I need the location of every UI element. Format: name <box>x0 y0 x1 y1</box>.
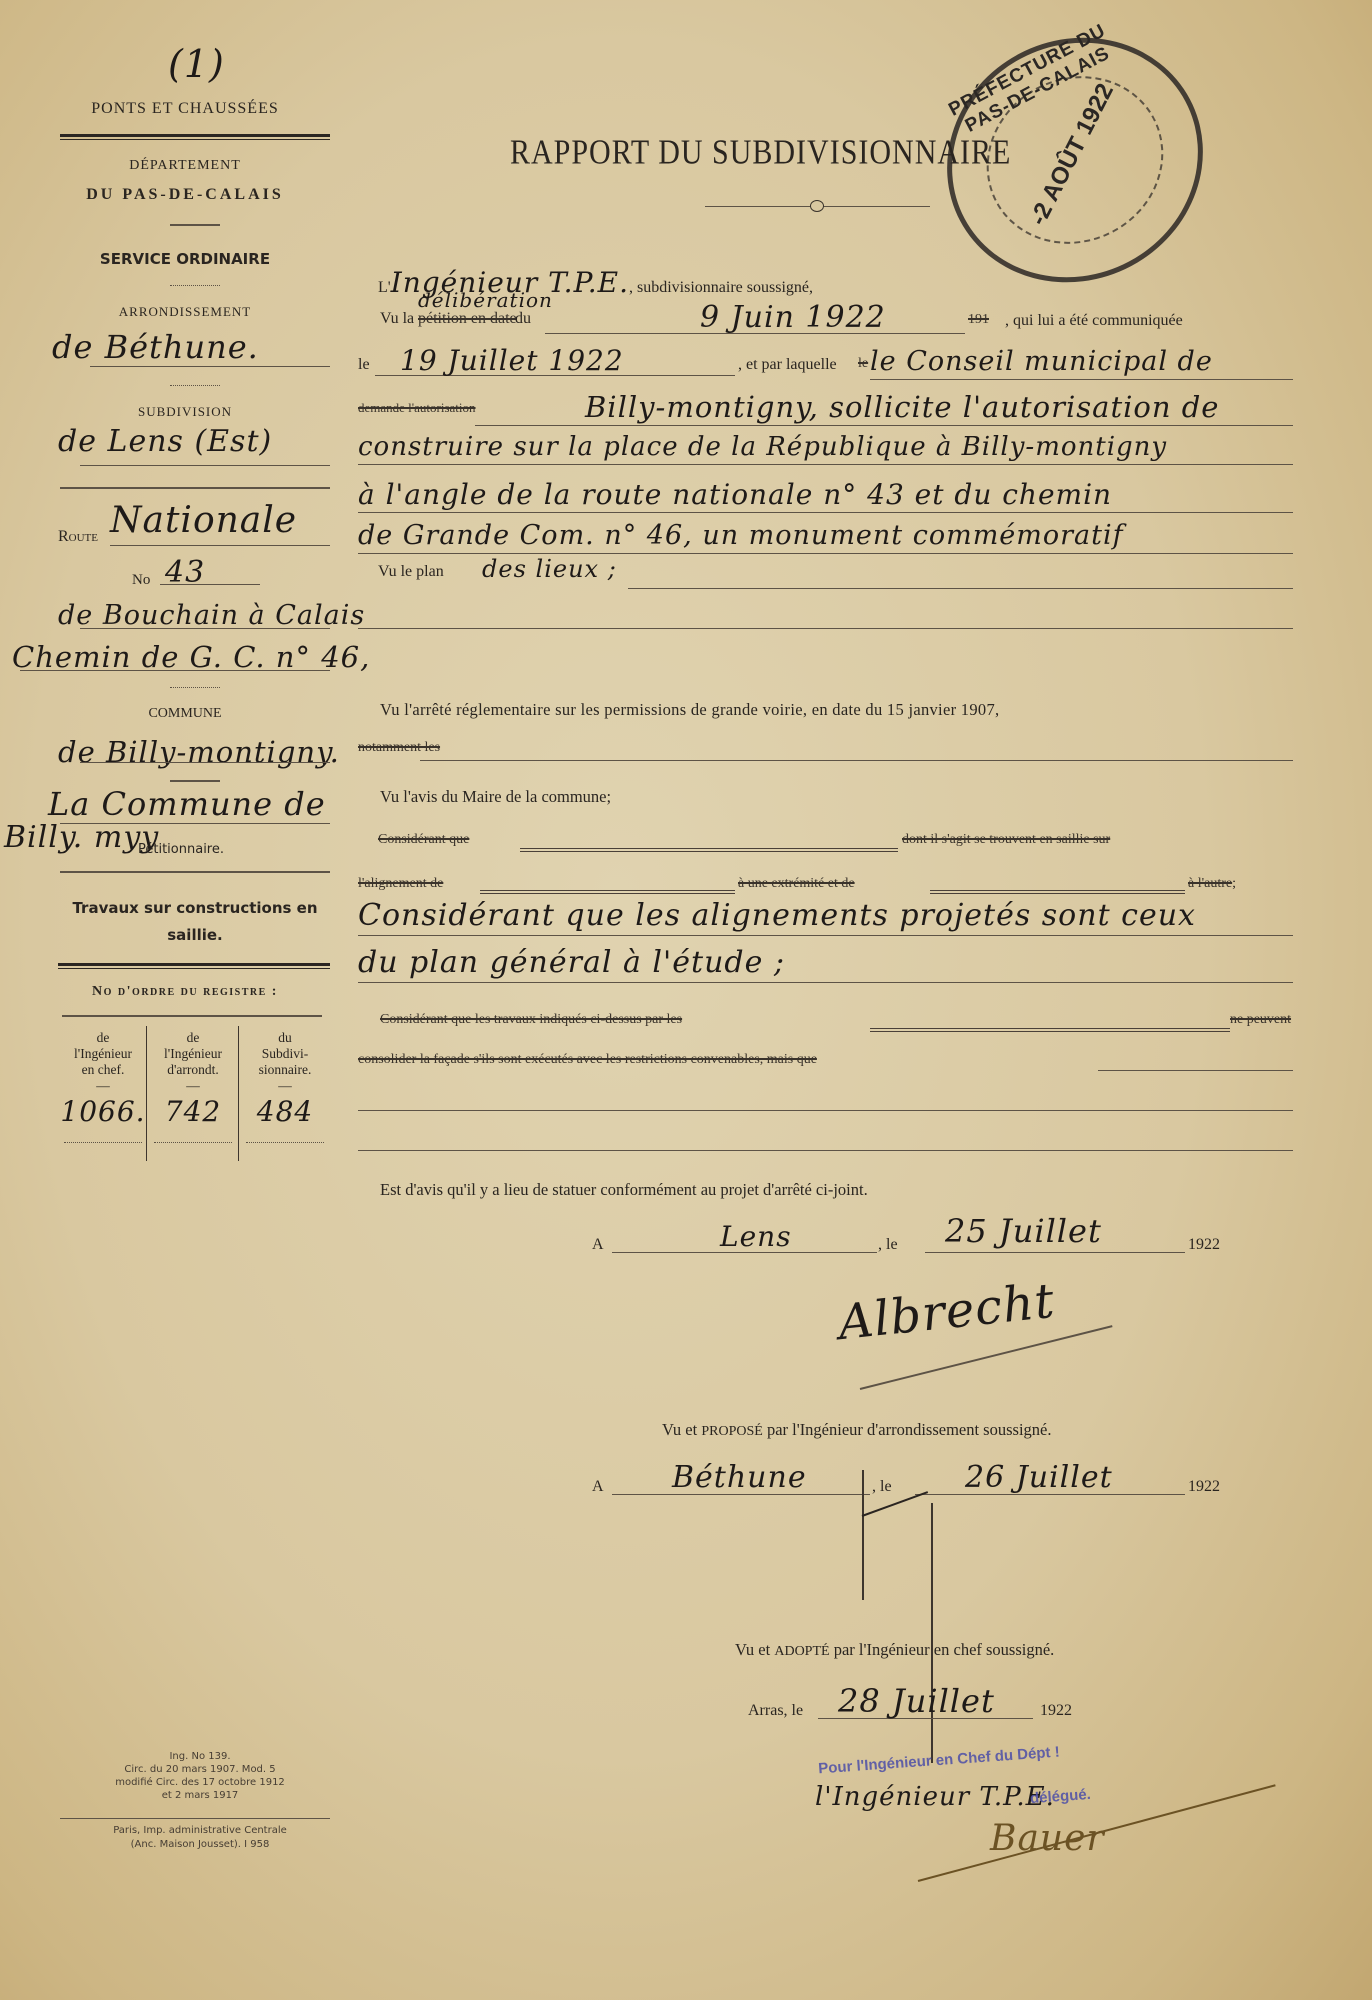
field-line <box>358 628 1293 629</box>
field-line <box>358 464 1293 465</box>
adopte-label: ADOPTÉ <box>774 1644 829 1659</box>
divider <box>60 134 330 140</box>
register-header: l'Ingénieur <box>148 1046 238 1062</box>
footer-line: Paris, Imp. administrative Centrale <box>60 1824 340 1838</box>
divider <box>60 1818 330 1819</box>
route-value: Nationale <box>110 500 297 541</box>
sub-year: 1922 <box>1188 1236 1220 1254</box>
request-line: à l'angle de la route nationale n° 43 et… <box>358 478 1112 511</box>
arr-date: 26 Juillet <box>965 1460 1113 1495</box>
du-label: du <box>515 310 531 328</box>
plan-hand: des lieux ; <box>482 555 617 583</box>
request-struck: demande l'autorisation <box>358 400 476 416</box>
arr-place: Béthune <box>672 1460 807 1495</box>
divider <box>170 780 220 782</box>
arrete-struck: notamment les <box>358 740 440 756</box>
par-laquelle-struck: le <box>858 356 868 372</box>
service-header: PONTS ET CHAUSSÉES <box>40 100 330 118</box>
register-column: del'Ingénieurd'arrondt.—742 <box>148 1030 238 1120</box>
vu-et: Vu et <box>662 1420 697 1439</box>
considerant-struck-4: consolider la façade s'ils sont exécutés… <box>358 1052 817 1068</box>
field-line <box>358 1150 1293 1151</box>
field-line <box>20 670 330 671</box>
register-header: l'Ingénieur <box>58 1046 148 1062</box>
request-line: Billy-montigny, sollicite l'autorisation… <box>585 390 1219 424</box>
divider <box>170 285 220 286</box>
footer-line: et 2 mars 1917 <box>60 1789 340 1802</box>
vu-la-hand: délibération <box>418 288 553 312</box>
struck-line <box>520 848 898 852</box>
considerant-struck-1b: dont il s'agit se trouvent en saillie su… <box>902 832 1110 848</box>
divider <box>170 385 220 386</box>
considerant-struck-2a: l'alignement de <box>358 876 443 892</box>
delegate-stamp-2: délégué. <box>1029 1786 1091 1807</box>
avis-text: Est d'avis qu'il y a lieu de statuer con… <box>380 1180 868 1200</box>
considerant-struck-2c: à l'autre <box>1188 876 1232 891</box>
divider <box>60 487 330 489</box>
register-header: sionnaire. <box>240 1062 330 1078</box>
subdivision-value: Lens (Est) <box>108 424 273 459</box>
field-line <box>358 935 1293 936</box>
field-line <box>80 628 330 629</box>
route-span-prefix: de <box>58 600 93 631</box>
number-label: No <box>132 572 150 589</box>
field-line <box>925 1252 1185 1253</box>
struck-line <box>870 1028 1230 1032</box>
considerant-struck-1a: Considérant que <box>378 832 469 848</box>
register-value: 742 <box>148 1104 238 1120</box>
propose-label: PROPOSÉ <box>701 1424 762 1439</box>
par-laquelle: , et par laquelle <box>738 356 837 374</box>
arr-year: 1922 <box>1188 1478 1220 1496</box>
communicated-date: 19 Juillet 1922 <box>400 344 624 377</box>
vu-la-label: Vu la <box>380 310 414 328</box>
adopte-rest: par l'Ingénieur en chef soussigné. <box>834 1640 1055 1659</box>
field-line <box>80 465 330 466</box>
route-span-value: Bouchain à Calais <box>103 600 365 631</box>
divider <box>58 963 330 969</box>
register-header: de <box>148 1030 238 1046</box>
struck-line <box>930 890 1185 894</box>
form-reference: Ing. No 139.Circ. du 20 mars 1907. Mod. … <box>60 1750 340 1802</box>
year-struck: 191 <box>968 312 989 328</box>
register-header: en chef. <box>58 1062 148 1078</box>
printer-reference: Paris, Imp. administrative Centrale(Anc.… <box>60 1824 340 1852</box>
register-column-divider <box>238 1026 239 1161</box>
request-line: construire sur la place de la République… <box>358 432 1167 462</box>
arras-label: Arras, le <box>748 1702 803 1720</box>
footer-line: modifié Circ. des 17 octobre 1912 <box>60 1776 340 1789</box>
signatory-suffix: , subdivisionnaire soussigné, <box>629 279 813 296</box>
subdivision-label: SUBDIVISION <box>40 404 330 420</box>
delegate-hand: l'Ingénieur T.P.E. <box>815 1782 1055 1812</box>
commune-prefix: de <box>58 735 96 769</box>
considerant-struck-2b: à une extrémité et de <box>738 876 855 892</box>
field-line <box>358 512 1293 513</box>
sub-place: Lens <box>720 1220 792 1253</box>
vu-la-struck: pétition en date <box>418 310 517 328</box>
register-title: No d'ordre du registre : <box>40 984 330 1000</box>
subdivision-prefix: de <box>58 424 97 459</box>
maire-text: Vu l'avis du Maire de la commune; <box>380 787 611 807</box>
request-line: de Grande Com. n° 46, un monument commém… <box>358 520 1124 551</box>
register-header: de <box>58 1030 148 1046</box>
commune-value: Billy-montigny. <box>106 735 340 769</box>
chief-signature: Bauer <box>990 1818 1105 1859</box>
petitioner-label: Pétitionnaire. <box>138 842 224 857</box>
arrondissement-label: ARRONDISSEMENT <box>40 304 330 320</box>
field-line <box>1098 1070 1293 1071</box>
footer-line: Ing. No 139. <box>60 1750 340 1763</box>
field-line <box>628 588 1293 589</box>
divider <box>170 224 220 226</box>
field-line <box>870 379 1293 380</box>
register-column: del'Ingénieuren chef.—1066. <box>58 1030 148 1120</box>
deliberation-date: 9 Juin 1922 <box>700 300 886 335</box>
field-line <box>475 425 1293 426</box>
commune-label: COMMUNE <box>40 706 330 722</box>
footer-line: Circ. du 20 mars 1907. Mod. 5 <box>60 1763 340 1776</box>
vu-et: Vu et <box>735 1640 770 1659</box>
register-value: 484 <box>240 1104 330 1120</box>
folio-mark: (1) <box>168 42 225 86</box>
request-line: le Conseil municipal de <box>870 346 1213 377</box>
department-label: DÉPARTEMENT <box>40 158 330 174</box>
chief-year: 1922 <box>1040 1702 1072 1720</box>
register-column: duSubdivi-sionnaire.—484 <box>240 1030 330 1120</box>
sub-date: 25 Juillet <box>945 1212 1102 1250</box>
footer-line: (Anc. Maison Jousset). I 958 <box>60 1838 340 1852</box>
field-line <box>358 553 1293 554</box>
arr-place-label: A <box>592 1478 604 1496</box>
field-line <box>80 762 330 763</box>
department-name: DU PAS-DE-CALAIS <box>40 186 330 204</box>
report-title: RAPPORT DU SUBDIVISIONNAIRE <box>510 133 1011 172</box>
delegate-stamp: Pour l'Ingénieur en Chef du Dépt ! <box>818 1744 1061 1778</box>
considerant-struck-3a: Considérant que les travaux indiqués ci-… <box>380 1012 682 1028</box>
propose-rest: par l'Ingénieur d'arrondissement soussig… <box>767 1420 1052 1439</box>
arr-date-label: , le <box>872 1478 892 1496</box>
petitioner-value-2: Billy. myy <box>4 820 159 855</box>
signatory-prefix: L' <box>378 279 391 296</box>
field-line <box>358 1110 1293 1111</box>
field-line <box>358 982 1293 983</box>
plan-label: Vu le plan <box>378 563 444 581</box>
register-header: Subdivi- <box>240 1046 330 1062</box>
considerant-hand-1: Considérant que les alignements projetés… <box>358 898 1196 933</box>
works-type: Travaux sur constructions en saillie. <box>54 895 336 949</box>
arrondissement-prefix: de <box>52 328 93 366</box>
field-line <box>420 760 1293 761</box>
struck-line <box>480 890 735 894</box>
communicated-text: , qui lui a été communiquée <box>1005 312 1183 330</box>
service-label: SERVICE ORDINAIRE <box>40 250 330 268</box>
arrondissement-value: Béthune. <box>105 328 259 366</box>
field-line <box>110 545 330 546</box>
sub-date-label: , le <box>878 1236 898 1254</box>
register-column-divider <box>146 1026 147 1161</box>
paraph-mark <box>862 1470 864 1600</box>
divider <box>60 871 330 873</box>
arrete-text: Vu l'arrêté réglementaire sur les permis… <box>380 700 999 720</box>
subdivisionnaire-signature: Albrecht <box>836 1273 1058 1351</box>
divider <box>62 1015 322 1017</box>
register-header: du <box>240 1030 330 1046</box>
divider <box>170 687 220 688</box>
title-ornament-dot <box>810 200 824 212</box>
considerant-hand-2: du plan général à l'étude ; <box>358 945 785 980</box>
le-label: le <box>358 356 370 374</box>
chemin-value: Chemin de G. C. n° 46, <box>12 640 370 674</box>
route-label: Route <box>58 528 98 546</box>
field-line <box>160 584 260 585</box>
sub-place-label: A <box>592 1236 604 1254</box>
field-line <box>90 366 330 367</box>
chief-date: 28 Juillet <box>838 1682 995 1720</box>
register-header: d'arrondt. <box>148 1062 238 1078</box>
register-value: 1066. <box>58 1104 148 1120</box>
considerant-struck-3b: ne peuvent <box>1230 1012 1291 1028</box>
petitioner-value: La Commune de <box>48 785 326 823</box>
paraph-mark <box>931 1503 933 1763</box>
